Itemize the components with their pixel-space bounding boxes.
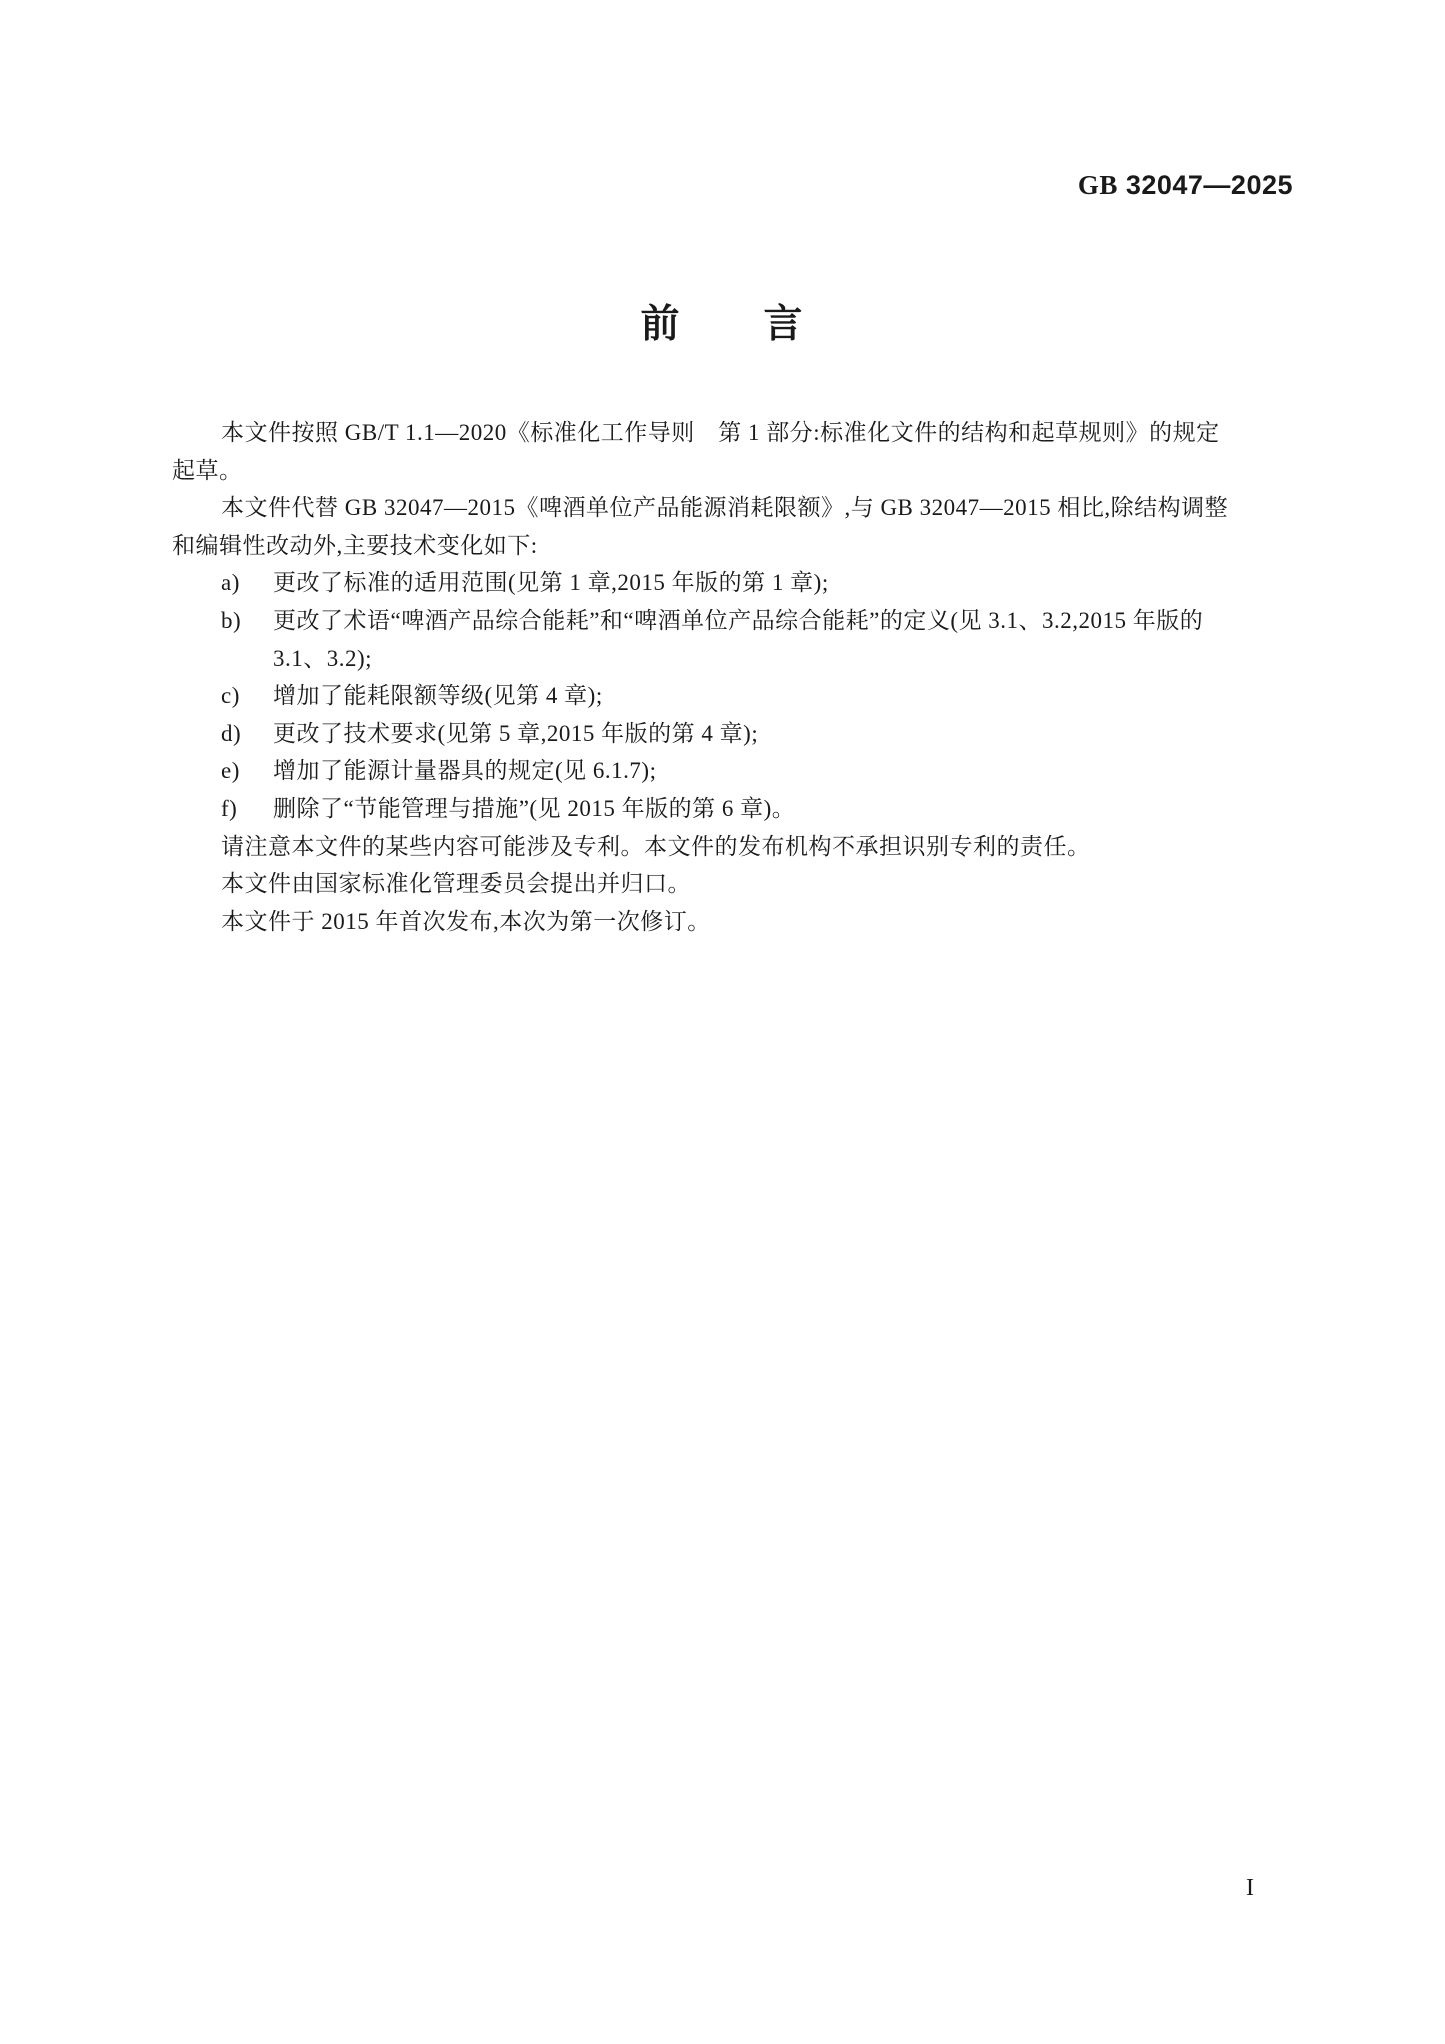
standard-code: GB32047—2025 [1078, 170, 1293, 201]
list-item-label: a) [221, 564, 273, 602]
list-item-label: b) [221, 602, 273, 640]
list-item-label: c) [221, 677, 273, 715]
foreword-list-item: b)更改了术语“啤酒产品综合能耗”和“啤酒单位产品综合能耗”的定义(见 3.1、… [172, 602, 1298, 640]
list-item-text: 增加了能耗限额等级(见第 4 章); [273, 683, 603, 708]
foreword-line: 本文件于 2015 年首次发布,本次为第一次修订。 [172, 903, 1298, 941]
foreword-line: 本文件代替 GB 32047—2015《啤酒单位产品能源消耗限额》,与 GB 3… [172, 489, 1298, 527]
standard-code-number: 32047—2025 [1126, 170, 1293, 200]
foreword-line: 本文件由国家标准化管理委员会提出并归口。 [172, 865, 1298, 903]
page-number: I [1246, 1874, 1254, 1902]
list-item-text: 更改了术语“啤酒产品综合能耗”和“啤酒单位产品综合能耗”的定义(见 3.1、3.… [273, 608, 1203, 633]
foreword-list-item: e)增加了能源计量器具的规定(见 6.1.7); [172, 752, 1298, 790]
list-item-text: 删除了“节能管理与措施”(见 2015 年版的第 6 章)。 [273, 796, 795, 821]
list-item-text: 更改了标准的适用范围(见第 1 章,2015 年版的第 1 章); [273, 570, 829, 595]
list-item-text: 增加了能源计量器具的规定(见 6.1.7); [273, 758, 656, 783]
foreword-line: 本文件按照 GB/T 1.1—2020《标准化工作导则 第 1 部分:标准化文件… [172, 414, 1298, 452]
standard-code-prefix: GB [1078, 170, 1118, 200]
foreword-list-continuation: 3.1、3.2); [172, 640, 1298, 678]
foreword-body: 本文件按照 GB/T 1.1—2020《标准化工作导则 第 1 部分:标准化文件… [172, 414, 1298, 940]
foreword-line: 起草。 [172, 452, 1298, 490]
list-item-label: e) [221, 752, 273, 790]
foreword-list-item: a)更改了标准的适用范围(见第 1 章,2015 年版的第 1 章); [172, 564, 1298, 602]
foreword-line: 和编辑性改动外,主要技术变化如下: [172, 527, 1298, 565]
list-item-label: d) [221, 715, 273, 753]
foreword-list-item: d)更改了技术要求(见第 5 章,2015 年版的第 4 章); [172, 715, 1298, 753]
page-title: 前 言 [0, 293, 1445, 349]
list-item-text: 更改了技术要求(见第 5 章,2015 年版的第 4 章); [273, 721, 758, 746]
document-page: GB32047—2025 前 言 本文件按照 GB/T 1.1—2020《标准化… [0, 0, 1445, 2044]
foreword-list-item: f)删除了“节能管理与措施”(见 2015 年版的第 6 章)。 [172, 790, 1298, 828]
list-item-label: f) [221, 790, 273, 828]
foreword-list-item: c)增加了能耗限额等级(见第 4 章); [172, 677, 1298, 715]
foreword-line: 请注意本文件的某些内容可能涉及专利。本文件的发布机构不承担识别专利的责任。 [172, 828, 1298, 866]
